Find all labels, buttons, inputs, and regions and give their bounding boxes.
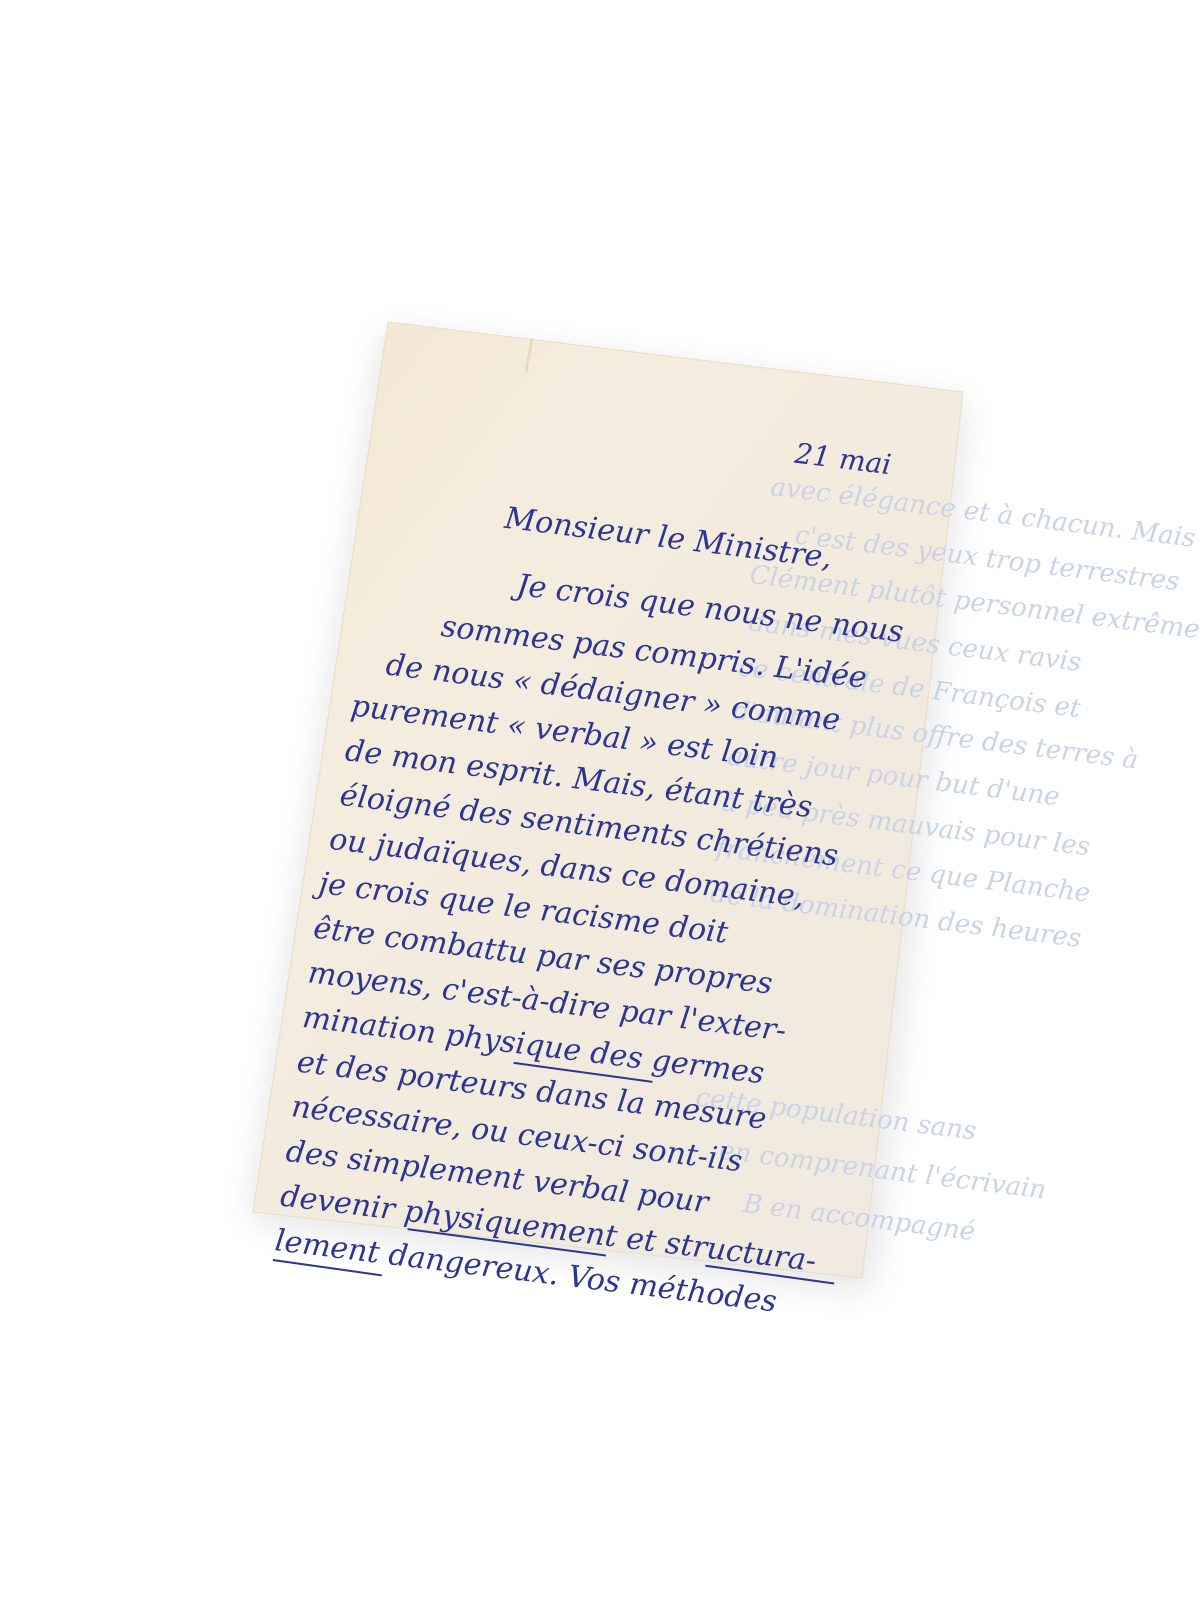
- letter-paper: avec élégance et à chacun. Mais c'est de…: [0, 0, 1200, 1600]
- photo-stage: avec élégance et à chacun. Mais c'est de…: [0, 0, 1200, 1600]
